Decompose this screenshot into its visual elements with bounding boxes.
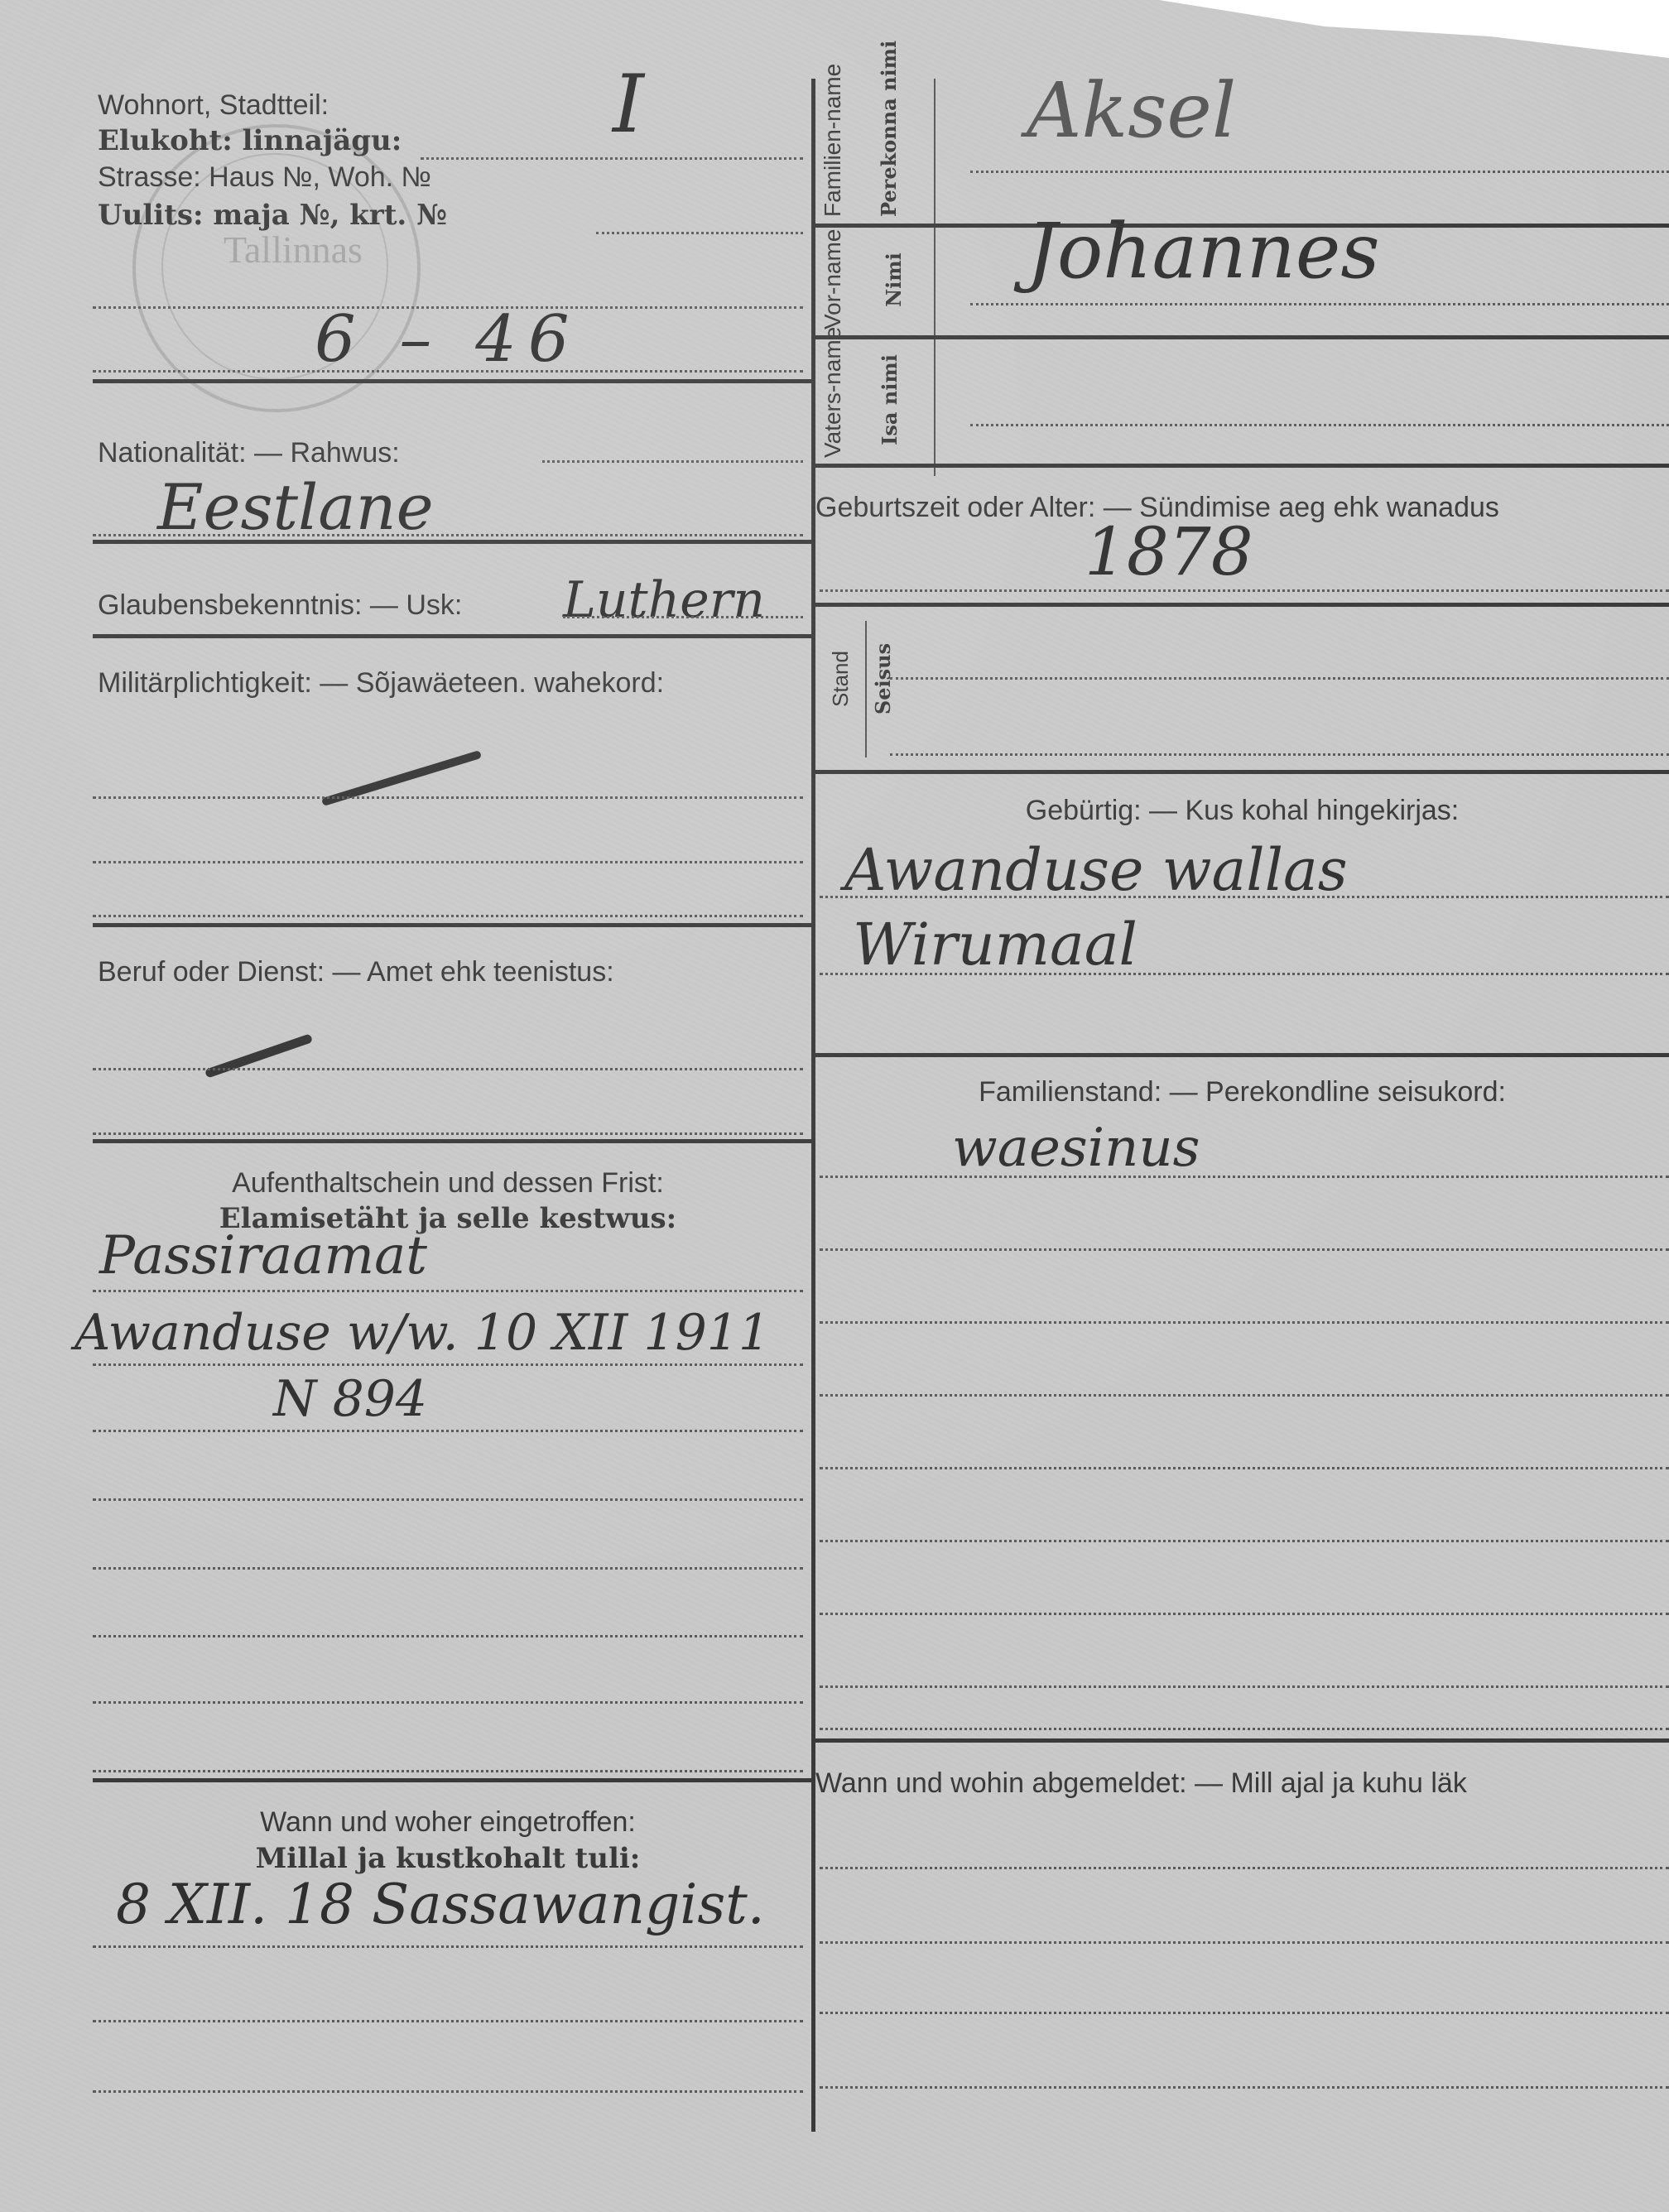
dotted-line	[93, 534, 803, 536]
dotted-line	[970, 303, 1669, 305]
dotted-line	[890, 753, 1669, 756]
family-name-value: Aksel	[1027, 66, 1236, 155]
birthplace-label: Gebürtig: — Kus kohal hingekirjas:	[815, 795, 1669, 827]
family-status-label: Familienstand: — Perekondline seisukord:	[815, 1076, 1669, 1108]
residence-label-de-2: Strasse: Haus №, Woh. №	[98, 161, 431, 194]
dotted-line	[820, 1321, 1669, 1324]
top-mark: I	[613, 58, 644, 151]
residence-label-et-1: Elukoht: linnajägu:	[98, 124, 402, 157]
permit-value-line-1: Passiraamat	[99, 1225, 427, 1286]
profession-dash	[204, 1033, 313, 1078]
permit-value-line-2: Awanduse w/w. 10 XII 1911	[75, 1304, 770, 1362]
dotted-line	[970, 424, 1669, 426]
birthplace-value-line-1: Awanduse wallas	[844, 836, 1348, 904]
status-label-divider	[865, 621, 867, 757]
dotted-line	[820, 973, 1669, 975]
military-label: Militärplichtigkeit: — Sõjawäeteen. wahe…	[98, 667, 664, 700]
name-label-divider	[934, 79, 936, 476]
dotted-line	[93, 1068, 803, 1070]
dotted-line	[93, 2020, 803, 2022]
nationality-value: Eestlane	[157, 470, 434, 544]
dotted-line	[820, 1394, 1669, 1397]
section-rule	[811, 1738, 1669, 1743]
dotted-line	[93, 796, 803, 799]
dotted-line	[890, 677, 1669, 680]
residence-label-et-2: Uulits: maja №, krt. №	[98, 199, 447, 232]
father-name-label-de: Vaters-name	[820, 342, 846, 458]
dotted-line	[820, 1176, 1669, 1178]
birthplace-value-line-2: Wirumaal	[853, 911, 1138, 979]
section-rule	[93, 634, 811, 638]
dotted-line	[820, 1867, 1669, 1869]
departure-label: Wann und wohin abgemeldet: — Mill ajal j…	[815, 1767, 1467, 1800]
dotted-line	[820, 1248, 1669, 1251]
section-rule	[811, 335, 1669, 339]
section-rule	[811, 464, 1669, 468]
status-label-de: Stand	[828, 629, 854, 729]
residence-label-de-1: Wohnort, Stadtteil:	[98, 89, 329, 122]
family-status-value: waesinus	[952, 1118, 1200, 1179]
dotted-line	[820, 1540, 1669, 1542]
dotted-line	[820, 589, 1669, 592]
dotted-line	[421, 157, 803, 160]
section-rule	[93, 1139, 811, 1143]
birth-value: 1878	[1085, 513, 1253, 590]
dotted-line	[820, 896, 1669, 898]
section-rule	[811, 603, 1669, 607]
section-rule	[93, 923, 811, 927]
dotted-line	[820, 1941, 1669, 1944]
permit-label-de: Aufenthaltschein und dessen Frist:	[93, 1167, 803, 1200]
dotted-line	[93, 1498, 803, 1501]
dotted-line	[93, 1770, 803, 1772]
document-paper: Tallinnas Wohnort, Stadtteil: Elukoht: l…	[0, 0, 1669, 2212]
stamp-text: Tallinnas	[224, 228, 363, 272]
arrival-value: 8 XII. 18 Sassawangist.	[116, 1873, 765, 1936]
dotted-line	[93, 915, 803, 917]
dotted-line	[820, 1685, 1669, 1688]
first-name-label-de: Vor-name	[820, 230, 846, 329]
dotted-line	[542, 460, 803, 463]
dotted-line	[93, 1290, 803, 1292]
dotted-line	[93, 1567, 803, 1570]
dotted-line	[596, 232, 803, 234]
dotted-line	[820, 1728, 1669, 1730]
dotted-line	[970, 171, 1669, 173]
family-name-label-de: Familien-name	[820, 84, 846, 217]
dotted-line	[93, 1635, 803, 1637]
dotted-line	[563, 616, 803, 618]
dotted-line	[820, 1467, 1669, 1469]
dotted-line	[93, 861, 803, 863]
arrival-label-et: Millal ja kustkohalt tuli:	[93, 1842, 803, 1875]
dotted-line	[93, 370, 803, 373]
dotted-line	[93, 1701, 803, 1704]
dotted-line	[93, 1945, 803, 1948]
nationality-label: Nationalität: — Rahwus:	[98, 437, 400, 469]
section-rule	[811, 1053, 1669, 1057]
section-rule	[93, 379, 811, 383]
religion-label: Glaubensbekenntnis: — Usk:	[98, 589, 462, 622]
family-name-label-et: Perekonna nimi	[878, 84, 901, 217]
dotted-line	[820, 1613, 1669, 1615]
dotted-line	[93, 2090, 803, 2093]
section-rule	[93, 1778, 811, 1782]
section-rule	[93, 540, 811, 544]
dotted-line	[93, 1132, 803, 1135]
residence-value: 6 – 46	[315, 302, 580, 377]
dotted-line	[93, 1363, 803, 1366]
father-name-label-et: Isa nimi	[878, 342, 902, 458]
first-name-value: Johannes	[1027, 207, 1380, 296]
arrival-label-de: Wann und woher eingetroffen:	[93, 1806, 803, 1839]
profession-label: Beruf oder Dienst: — Amet ehk teenistus:	[98, 956, 614, 988]
dotted-line	[93, 1430, 803, 1432]
dotted-line	[820, 2012, 1669, 2014]
first-name-label-et: Nimi	[882, 230, 906, 329]
dotted-line	[820, 2086, 1669, 2089]
permit-value-line-3: N 894	[273, 1370, 427, 1428]
section-rule	[811, 770, 1669, 774]
religion-value: Luthern	[563, 571, 765, 629]
